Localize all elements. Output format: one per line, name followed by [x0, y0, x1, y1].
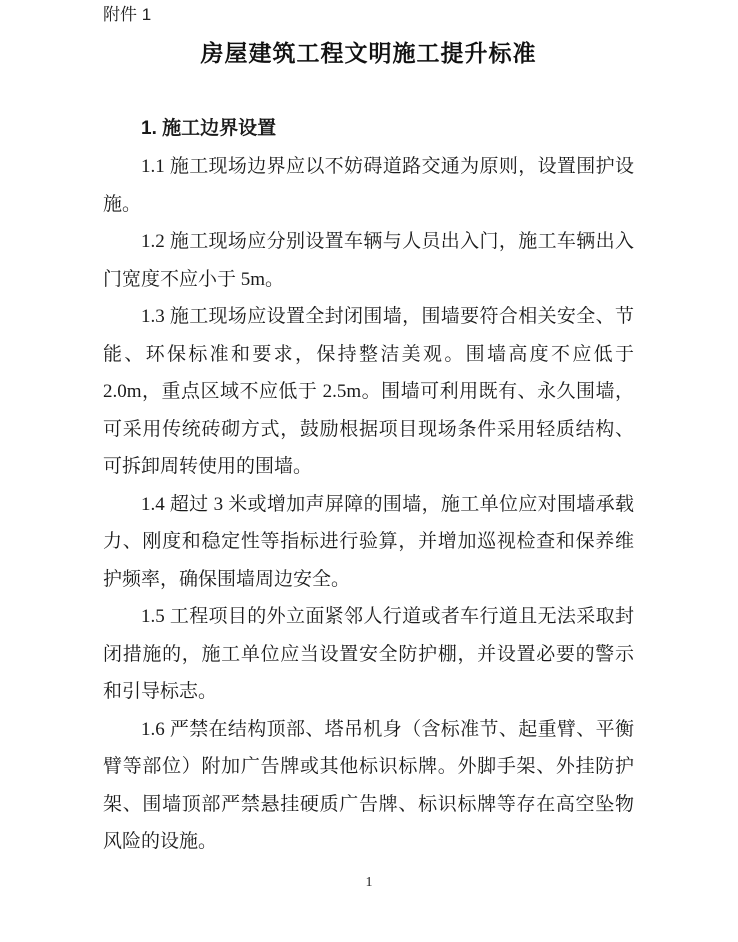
paragraph-1-4: 1.4 超过 3 米或增加声屏障的围墙，施工单位应对围墙承载力、刚度和稳定性等指…	[103, 486, 634, 599]
paragraph-1-3: 1.3 施工现场应设置全封闭围墙，围墙要符合相关安全、节能、环保标准和要求，保持…	[103, 298, 634, 486]
attachment-label: 附件 1	[103, 0, 634, 26]
paragraph-1-1: 1.1 施工现场边界应以不妨碍道路交通为原则，设置围护设施。	[103, 148, 634, 223]
section-heading-construction-boundary: 1. 施工边界设置	[103, 110, 634, 148]
paragraph-1-2: 1.2 施工现场应分别设置车辆与人员出入门，施工车辆出入门宽度不应小于 5m。	[103, 223, 634, 298]
document-title: 房屋建筑工程文明施工提升标准	[103, 38, 634, 70]
paragraph-1-6: 1.6 严禁在结构顶部、塔吊机身（含标准节、起重臂、平衡臂等部位）附加广告牌或其…	[103, 711, 634, 861]
document-page: 附件 1 房屋建筑工程文明施工提升标准 1. 施工边界设置 1.1 施工现场边界…	[0, 0, 738, 942]
document-content: 附件 1 房屋建筑工程文明施工提升标准 1. 施工边界设置 1.1 施工现场边界…	[103, 0, 634, 861]
page-number: 1	[0, 874, 738, 892]
paragraph-1-5: 1.5 工程项目的外立面紧邻人行道或者车行道且无法采取封闭措施的，施工单位应当设…	[103, 598, 634, 711]
